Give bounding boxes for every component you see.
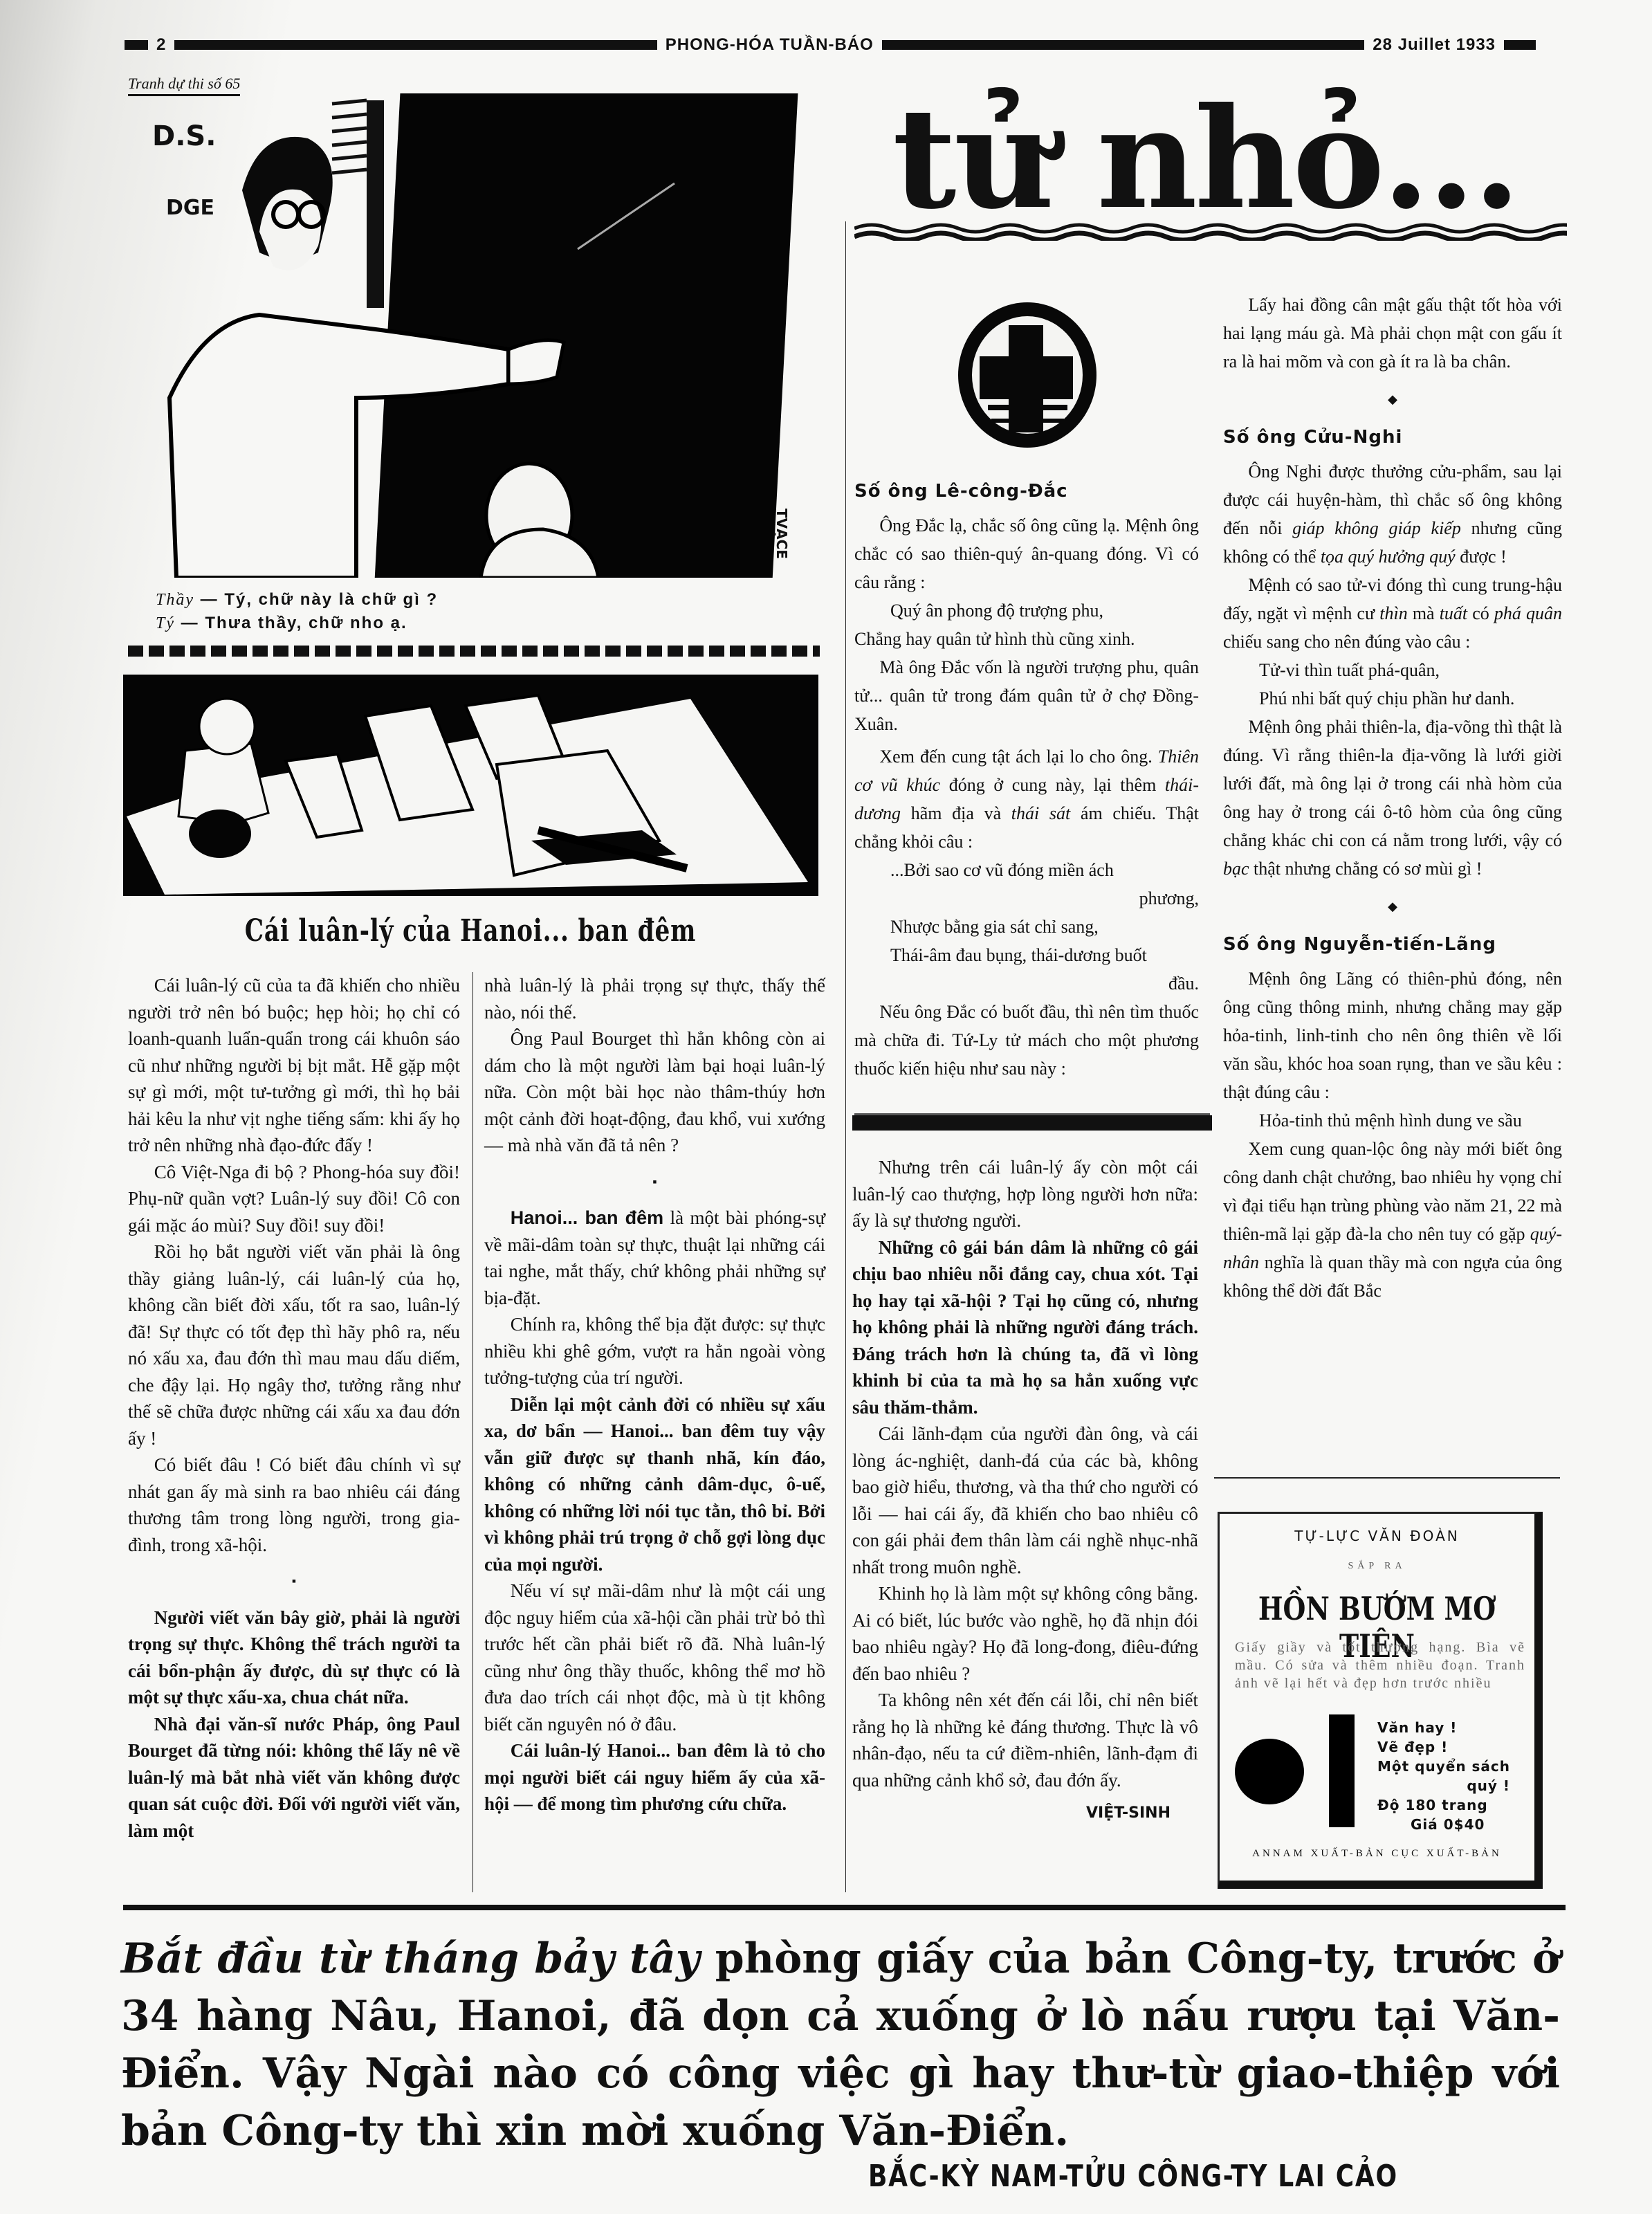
article-paragraph: Nhà đại văn-sĩ nước Pháp, ông Paul Bourg… — [128, 1711, 460, 1845]
divider-line — [1214, 1477, 1560, 1479]
ad-description: Giấy giầy và tốt thượng hạng. Bìa vẽ mầu… — [1235, 1638, 1525, 1692]
article-column-3: Nhưng trên cái luân-lý ấy còn một cái lu… — [852, 1154, 1198, 1827]
article-paragraph: Cái luân-lý Hanoi... ban đêm là tỏ cho m… — [484, 1737, 825, 1818]
teacher-blackboard-cartoon-icon: DGE D.S. TVẠCE — [121, 73, 820, 578]
article-paragraph: Ông Paul Bourget thì hẳn không còn ai dá… — [484, 1025, 825, 1159]
italic-term: phá quân — [1494, 603, 1562, 623]
paragraph-text: thật nhưng chẳng có sơ mùi gì ! — [1249, 859, 1483, 879]
ad-publisher: ANNAM XUẤT-BẢN CỤC XUẤT-BẢN — [1220, 1848, 1534, 1860]
column-rule — [472, 972, 473, 1892]
article-paragraph: Cái lãnh-đạm của người đàn ông, và cái l… — [852, 1420, 1198, 1580]
verse-line: Quý ân phong độ trượng phu, — [854, 596, 1199, 625]
verse-line: Chẳng hay quân tử hình thù cũng xinh. — [854, 625, 1199, 653]
verse-line: ...Bởi sao cơ vũ đóng miền ách — [854, 856, 1199, 884]
article-paragraph: Chính ra, không thể bịa đặt được: sự thự… — [484, 1311, 825, 1391]
article-paragraph: Diễn lại một cảnh đời có nhiều sự xấu xa… — [484, 1391, 825, 1578]
horoscope-column-2: Lấy hai đồng cân mật gấu thật tốt hòa vớ… — [1223, 291, 1562, 1305]
masthead-rule — [882, 40, 1364, 50]
issue-date: 28 Juillet 1933 — [1373, 35, 1496, 55]
lamp-books-pen-still-life-icon — [123, 675, 818, 896]
bold-lead: Hanoi... ban đêm — [511, 1207, 663, 1228]
article-paragraph: Nhưng trên cái luân-lý ấy còn một cái lu… — [852, 1154, 1198, 1234]
paragraph-text: chiếu sang cho nên đúng vào câu : — [1223, 632, 1470, 652]
blurb-line: quý ! — [1377, 1776, 1510, 1795]
caption-speaker: Tý — [156, 614, 175, 632]
column-rule — [845, 221, 846, 1892]
dashed-divider — [128, 646, 820, 657]
verse-line: Phú nhi bất quý chịu phần hư danh. — [1223, 684, 1562, 713]
horoscope-paragraph: Ông Đắc lạ, chắc số ông cũng lạ. Mệnh ôn… — [854, 511, 1199, 596]
horoscope-paragraph: Xem cung quan-lộc ông này mới biết ông c… — [1223, 1135, 1562, 1305]
paragraph-text: được ! — [1456, 547, 1507, 567]
horoscope-paragraph: Nếu ông Đắc có buốt đầu, thì nên tìm thu… — [854, 998, 1199, 1083]
horoscope-paragraph: Mệnh ông phải thiên-la, địa-võng thì thậ… — [1223, 713, 1562, 883]
italic-term: tuất — [1440, 603, 1467, 623]
verse-line: đầu. — [854, 969, 1199, 998]
article-paragraph: Rồi họ bắt người viết văn phải là ông th… — [128, 1238, 460, 1452]
blurb-line: Một quyển sách — [1377, 1757, 1510, 1776]
article-paragraph: Cô Việt-Nga đi bộ ? Phong-hóa suy đồi! P… — [128, 1159, 460, 1239]
caption-text: — Thưa thầy, chữ nho ạ. — [175, 614, 407, 632]
contest-label: Tranh dự thi số 65 — [128, 75, 240, 96]
paragraph-text: đóng ở cung này, lại thêm — [940, 775, 1165, 795]
horoscope-title: tử nhỏ... — [892, 90, 1570, 228]
blurb-line: Vẽ đẹp ! — [1377, 1737, 1510, 1757]
verse-line: Tử-vi thìn tuất phá-quân, — [1223, 656, 1562, 684]
article-paragraph: Cái luân-lý cũ của ta đã khiến cho nhiều… — [128, 972, 460, 1159]
verse-line: Hỏa-tinh thủ mệnh hình dung ve sầu — [1223, 1106, 1562, 1135]
section-separator-icon: ▪ — [128, 1568, 460, 1595]
ad-price: Giá 0$40 — [1377, 1815, 1510, 1834]
paragraph-text: hãm địa và — [901, 803, 1011, 823]
publication-name: PHONG-HÓA TUẦN-BÁO — [666, 35, 874, 55]
masthead-rule — [1504, 40, 1536, 50]
section-heading: Số ông Nguyễn-tiến-Lãng — [1223, 931, 1562, 959]
newspaper-page: 2 PHONG-HÓA TUẦN-BÁO 28 Juillet 1933 DGE… — [0, 0, 1652, 2214]
paragraph-text: Xem đến cung tật ách lại lo cho ông. — [879, 747, 1157, 767]
page-number: 2 — [156, 35, 166, 55]
verse-line: phương, — [854, 884, 1199, 913]
black-circle-icon — [1235, 1739, 1304, 1804]
notice-top-rule — [123, 1905, 1566, 1910]
svg-text:D.S.: D.S. — [152, 120, 216, 152]
article-title: Cái luân-lý của Hanoi... ban đêm — [201, 913, 740, 949]
italic-term: thái sát — [1011, 803, 1070, 823]
article-paragraph: Nếu ví sự mãi-dâm như là một cái ung độc… — [484, 1577, 825, 1737]
black-bar-icon — [1329, 1714, 1355, 1827]
horoscope-paragraph: Mà ông Đắc vốn là người trượng phu, quân… — [854, 653, 1199, 738]
italic-term: giáp không giáp kiếp — [1292, 518, 1461, 538]
ad-coming-soon: SẮP RA — [1220, 1561, 1534, 1572]
ad-brand: TỰ-LỰC VĂN ĐOÀN — [1220, 1528, 1534, 1544]
wavy-divider-icon — [854, 220, 1567, 241]
italic-term: tọa quý hưởng quý — [1321, 547, 1456, 567]
notice-signature: BẮC-KỲ NAM-TỬU CÔNG-TY LAI CẢO — [868, 2159, 1398, 2194]
paragraph-text: mà — [1408, 603, 1440, 623]
section-separator-icon: ◆ — [1223, 385, 1562, 414]
article-paragraph: Có biết đâu ! Có biết đâu chính vì sự nh… — [128, 1452, 460, 1558]
company-notice: Bắt đầu từ tháng bảy tây phòng giấy của … — [121, 1930, 1560, 2160]
article-paragraph: Hanoi... ban đêm là một bài phóng-sự về … — [484, 1205, 825, 1311]
article-paragraph: Ta không nên xét đến cái lỗi, chỉ nên bi… — [852, 1687, 1198, 1793]
blurb-line: Độ 180 trang — [1377, 1795, 1510, 1815]
paragraph-text: nghĩa là quan thầy mà con ngựa của ông k… — [1223, 1252, 1562, 1301]
horoscope-paragraph: Mệnh có sao tử-vi đóng thì cung trung-hậ… — [1223, 571, 1562, 656]
tu-vi-emblem-icon — [953, 301, 1102, 450]
article-paragraph: nhà luân-lý là phải trọng sự thực, thấy … — [484, 972, 825, 1025]
section-separator-icon: ▪ — [484, 1169, 825, 1196]
section-heading: Số ông Lê-công-Đắc — [854, 477, 1199, 506]
cartoon-caption: Thầy — Tý, chữ này là chữ gì ? Tý — Thưa… — [156, 588, 438, 635]
article-column-2: nhà luân-lý là phải trọng sự thực, thấy … — [484, 972, 825, 1818]
masthead-rule — [125, 40, 148, 50]
artist-signature: TVẠCE — [773, 509, 790, 559]
masthead: 2 PHONG-HÓA TUẦN-BÁO 28 Juillet 1933 — [125, 35, 1536, 55]
thick-divider — [852, 1115, 1212, 1131]
section-heading: Số ông Cửu-Nghi — [1223, 423, 1562, 452]
article-column-1: Cái luân-lý cũ của ta đã khiến cho nhiều… — [128, 972, 460, 1844]
italic-term: thìn — [1379, 603, 1407, 623]
horoscope-paragraph: Mệnh ông Lãng có thiên-phủ đóng, nên ông… — [1223, 964, 1562, 1106]
italic-term: bạc — [1223, 859, 1249, 879]
wall-text: DGE — [166, 196, 214, 220]
paragraph-text: có — [1467, 603, 1494, 623]
blurb-line: Văn hay ! — [1377, 1718, 1510, 1737]
horoscope-column-1: Số ông Lê-công-Đắc Ông Đắc lạ, chắc số ô… — [854, 472, 1199, 1083]
article-paragraph: Người viết văn bây giờ, phải là người tr… — [128, 1604, 460, 1711]
horoscope-paragraph: Ông Nghi được thưởng cửu-phẩm, sau lại đ… — [1223, 457, 1562, 571]
verse-line: Nhược bằng gia sát chỉ sang, — [854, 913, 1199, 941]
horoscope-paragraph: Lấy hai đồng cân mật gấu thật tốt hòa vớ… — [1223, 291, 1562, 376]
section-separator-icon: ◆ — [1223, 893, 1562, 921]
verse-line: Thái-âm đau bụng, thái-dương buốt — [854, 941, 1199, 969]
author-signature: VIỆT-SINH — [852, 1800, 1198, 1827]
article-paragraph: Khinh họ là làm một sự không công bằng. … — [852, 1580, 1198, 1687]
horoscope-paragraph: Xem đến cung tật ách lại lo cho ông. Thi… — [854, 742, 1199, 856]
paragraph-text: Mệnh ông phải thiên-la, địa-võng thì thậ… — [1223, 717, 1562, 850]
ad-blurb: Văn hay ! Vẽ đẹp ! Một quyển sách quý ! … — [1377, 1718, 1510, 1834]
paragraph-text: Xem cung quan-lộc ông này mới biết ông c… — [1223, 1139, 1562, 1244]
masthead-rule — [174, 40, 657, 50]
notice-lead: Bắt đầu từ tháng bảy tây — [121, 1934, 700, 1983]
caption-speaker: Thầy — [156, 591, 194, 609]
article-paragraph: Những cô gái bán dâm là những cô gái chị… — [852, 1234, 1198, 1421]
caption-text: — Tý, chữ này là chữ gì ? — [194, 590, 438, 609]
book-advertisement: TỰ-LỰC VĂN ĐOÀN SẮP RA HỒN BƯỚM MƠ TIÊN … — [1218, 1512, 1543, 1889]
